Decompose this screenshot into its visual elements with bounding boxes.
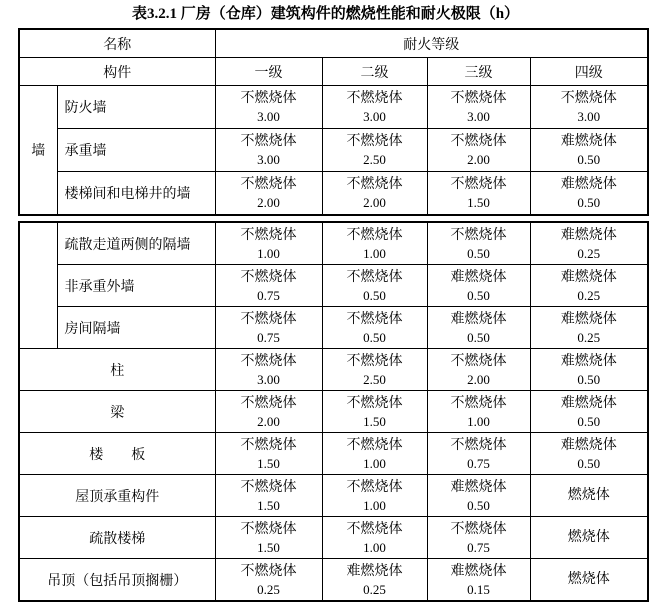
component-name-cell: 柱 bbox=[19, 349, 215, 391]
rating-cell: 难燃烧体0.50 bbox=[427, 307, 530, 349]
rating-cell: 不燃烧体1.00 bbox=[322, 433, 427, 475]
group-label-wall: 墙 bbox=[19, 86, 57, 216]
header-grade-4-cell: 四级 bbox=[530, 58, 648, 86]
table-row: 屋顶承重构件不燃烧体1.50不燃烧体1.00难燃烧体0.50燃烧体 bbox=[19, 475, 648, 517]
rating-cell: 不燃烧体0.75 bbox=[215, 307, 322, 349]
component-name-cell: 屋顶承重构件 bbox=[19, 475, 215, 517]
material-text: 难燃烧体 bbox=[531, 175, 648, 194]
material-text: 不燃烧体 bbox=[323, 436, 427, 455]
rating-cell: 不燃烧体2.00 bbox=[322, 172, 427, 216]
material-text: 不燃烧体 bbox=[323, 478, 427, 497]
header-row-1: 名称 耐火等级 bbox=[19, 29, 648, 58]
fire-limit-value: 0.50 bbox=[531, 455, 648, 472]
material-text: 不燃烧体 bbox=[216, 562, 322, 581]
material-text: 难燃烧体 bbox=[531, 352, 648, 371]
component-name-cell: 疏散走道两侧的隔墙 bbox=[57, 222, 215, 265]
document-page: 表3.2.1 厂房（仓库）建筑构件的燃烧性能和耐火极限（h） 名称 耐火等级 构… bbox=[0, 0, 651, 611]
material-text: 难燃烧体 bbox=[531, 436, 648, 455]
header-fire-rating-cell: 耐火等级 bbox=[215, 29, 648, 58]
rating-cell: 难燃烧体0.50 bbox=[427, 475, 530, 517]
material-text: 不燃烧体 bbox=[323, 352, 427, 371]
rating-cell: 不燃烧体0.50 bbox=[427, 222, 530, 265]
fire-limit-value: 1.00 bbox=[216, 245, 322, 262]
rating-cell: 不燃烧体2.50 bbox=[322, 349, 427, 391]
fire-limit-value: 1.50 bbox=[216, 455, 322, 472]
fire-limit-value: 3.00 bbox=[216, 108, 322, 125]
header-grade-3-cell: 三级 bbox=[427, 58, 530, 86]
rating-cell: 不燃烧体2.00 bbox=[427, 349, 530, 391]
fire-rating-table-upper: 名称 耐火等级 构件 一级 二级 三级 四级 墙防火墙不燃烧体3.00不燃烧体3… bbox=[18, 28, 649, 216]
fire-limit-value: 2.00 bbox=[216, 413, 322, 430]
rating-cell: 不燃烧体3.00 bbox=[215, 349, 322, 391]
fire-limit-value: 0.75 bbox=[428, 455, 530, 472]
rating-cell: 难燃烧体0.25 bbox=[322, 559, 427, 602]
material-text: 不燃烧体 bbox=[428, 394, 530, 413]
material-text: 不燃烧体 bbox=[216, 394, 322, 413]
material-text: 难燃烧体 bbox=[531, 310, 648, 329]
component-name-cell: 疏散楼梯 bbox=[19, 517, 215, 559]
fire-limit-value: 1.00 bbox=[323, 245, 427, 262]
material-text: 难燃烧体 bbox=[428, 562, 530, 581]
material-text: 不燃烧体 bbox=[428, 89, 530, 108]
fire-limit-value: 1.00 bbox=[323, 497, 427, 514]
material-text: 难燃烧体 bbox=[531, 132, 648, 151]
rating-cell: 难燃烧体0.50 bbox=[427, 265, 530, 307]
fire-limit-value: 0.50 bbox=[428, 329, 530, 346]
material-text: 难燃烧体 bbox=[428, 268, 530, 287]
fire-limit-value: 1.50 bbox=[323, 413, 427, 430]
fire-limit-value: 0.50 bbox=[428, 245, 530, 262]
component-name-cell: 楼梯间和电梯井的墙 bbox=[57, 172, 215, 216]
material-text: 不燃烧体 bbox=[428, 175, 530, 194]
fire-limit-value: 0.15 bbox=[428, 581, 530, 598]
rating-cell: 燃烧体 bbox=[530, 559, 648, 602]
fire-limit-value: 2.00 bbox=[216, 194, 322, 211]
component-name-cell: 吊顶（包括吊顶搁栅） bbox=[19, 559, 215, 602]
material-text: 不燃烧体 bbox=[323, 268, 427, 287]
table-row: 柱不燃烧体3.00不燃烧体2.50不燃烧体2.00难燃烧体0.50 bbox=[19, 349, 648, 391]
material-text: 不燃烧体 bbox=[216, 520, 322, 539]
header-grade-2-cell: 二级 bbox=[322, 58, 427, 86]
rating-cell: 不燃烧体1.00 bbox=[322, 222, 427, 265]
header-name-cell: 名称 bbox=[19, 29, 215, 58]
fire-limit-value: 1.00 bbox=[323, 455, 427, 472]
material-text: 不燃烧体 bbox=[428, 352, 530, 371]
material-text: 燃烧体 bbox=[531, 528, 648, 547]
table-row: 吊顶（包括吊顶搁栅）不燃烧体0.25难燃烧体0.25难燃烧体0.15燃烧体 bbox=[19, 559, 648, 602]
table-row: 房间隔墙不燃烧体0.75不燃烧体0.50难燃烧体0.50难燃烧体0.25 bbox=[19, 307, 648, 349]
rating-cell: 难燃烧体0.50 bbox=[530, 433, 648, 475]
header-row-2: 构件 一级 二级 三级 四级 bbox=[19, 58, 648, 86]
rating-cell: 不燃烧体0.50 bbox=[322, 307, 427, 349]
material-text: 不燃烧体 bbox=[323, 520, 427, 539]
rating-cell: 不燃烧体0.75 bbox=[427, 433, 530, 475]
material-text: 不燃烧体 bbox=[323, 175, 427, 194]
material-text: 难燃烧体 bbox=[428, 310, 530, 329]
rating-cell: 不燃烧体0.25 bbox=[215, 559, 322, 602]
material-text: 不燃烧体 bbox=[428, 226, 530, 245]
fire-limit-value: 0.25 bbox=[323, 581, 427, 598]
material-text: 难燃烧体 bbox=[531, 394, 648, 413]
rating-cell: 难燃烧体0.25 bbox=[530, 265, 648, 307]
fire-limit-value: 3.00 bbox=[216, 151, 322, 168]
rating-cell: 不燃烧体0.75 bbox=[427, 517, 530, 559]
fire-rating-table-lower: 疏散走道两侧的隔墙不燃烧体1.00不燃烧体1.00不燃烧体0.50难燃烧体0.2… bbox=[18, 221, 649, 602]
table-row: 疏散楼梯不燃烧体1.50不燃烧体1.00不燃烧体0.75燃烧体 bbox=[19, 517, 648, 559]
header-component-cell: 构件 bbox=[19, 58, 215, 86]
rating-cell: 不燃烧体1.00 bbox=[427, 391, 530, 433]
material-text: 燃烧体 bbox=[531, 486, 648, 505]
material-text: 不燃烧体 bbox=[323, 89, 427, 108]
fire-limit-value: 1.50 bbox=[216, 539, 322, 556]
fire-limit-value: 0.50 bbox=[531, 413, 648, 430]
component-name-cell: 梁 bbox=[19, 391, 215, 433]
material-text: 难燃烧体 bbox=[428, 478, 530, 497]
material-text: 不燃烧体 bbox=[216, 175, 322, 194]
material-text: 不燃烧体 bbox=[323, 132, 427, 151]
rating-cell: 难燃烧体0.25 bbox=[530, 307, 648, 349]
fire-limit-value: 1.00 bbox=[323, 539, 427, 556]
material-text: 不燃烧体 bbox=[216, 89, 322, 108]
material-text: 不燃烧体 bbox=[216, 310, 322, 329]
rating-cell: 不燃烧体1.00 bbox=[322, 475, 427, 517]
material-text: 不燃烧体 bbox=[216, 268, 322, 287]
group-label-empty bbox=[19, 222, 57, 349]
rating-cell: 不燃烧体1.50 bbox=[427, 172, 530, 216]
material-text: 不燃烧体 bbox=[216, 132, 322, 151]
material-text: 不燃烧体 bbox=[323, 394, 427, 413]
rating-cell: 不燃烧体0.75 bbox=[215, 265, 322, 307]
fire-limit-value: 0.75 bbox=[428, 539, 530, 556]
table-row: 承重墙不燃烧体3.00不燃烧体2.50不燃烧体2.00难燃烧体0.50 bbox=[19, 129, 648, 172]
rating-cell: 难燃烧体0.50 bbox=[530, 349, 648, 391]
table-row: 疏散走道两侧的隔墙不燃烧体1.00不燃烧体1.00不燃烧体0.50难燃烧体0.2… bbox=[19, 222, 648, 265]
component-name-cell: 房间隔墙 bbox=[57, 307, 215, 349]
table-row: 非承重外墙不燃烧体0.75不燃烧体0.50难燃烧体0.50难燃烧体0.25 bbox=[19, 265, 648, 307]
fire-limit-value: 1.00 bbox=[428, 413, 530, 430]
rating-cell: 难燃烧体0.15 bbox=[427, 559, 530, 602]
rating-cell: 不燃烧体0.50 bbox=[322, 265, 427, 307]
table-row: 梁不燃烧体2.00不燃烧体1.50不燃烧体1.00难燃烧体0.50 bbox=[19, 391, 648, 433]
rating-cell: 不燃烧体2.00 bbox=[215, 391, 322, 433]
rating-cell: 难燃烧体0.50 bbox=[530, 391, 648, 433]
material-text: 难燃烧体 bbox=[323, 562, 427, 581]
rating-cell: 燃烧体 bbox=[530, 517, 648, 559]
fire-limit-value: 0.50 bbox=[428, 497, 530, 514]
fire-limit-value: 2.00 bbox=[428, 151, 530, 168]
fire-limit-value: 3.00 bbox=[323, 108, 427, 125]
material-text: 不燃烧体 bbox=[216, 226, 322, 245]
rating-cell: 不燃烧体2.00 bbox=[215, 172, 322, 216]
rating-cell: 不燃烧体3.00 bbox=[530, 86, 648, 129]
fire-limit-value: 0.50 bbox=[531, 194, 648, 211]
material-text: 不燃烧体 bbox=[216, 478, 322, 497]
component-name-cell: 防火墙 bbox=[57, 86, 215, 129]
fire-limit-value: 0.25 bbox=[531, 287, 648, 304]
material-text: 不燃烧体 bbox=[428, 132, 530, 151]
material-text: 燃烧体 bbox=[531, 570, 648, 589]
rating-cell: 不燃烧体3.00 bbox=[215, 129, 322, 172]
rating-cell: 不燃烧体2.00 bbox=[427, 129, 530, 172]
table-row: 墙防火墙不燃烧体3.00不燃烧体3.00不燃烧体3.00不燃烧体3.00 bbox=[19, 86, 648, 129]
rating-cell: 难燃烧体0.50 bbox=[530, 172, 648, 216]
material-text: 难燃烧体 bbox=[531, 268, 648, 287]
fire-limit-value: 0.75 bbox=[216, 287, 322, 304]
rating-cell: 不燃烧体3.00 bbox=[215, 86, 322, 129]
rating-cell: 不燃烧体1.00 bbox=[322, 517, 427, 559]
rating-cell: 不燃烧体3.00 bbox=[427, 86, 530, 129]
material-text: 不燃烧体 bbox=[216, 352, 322, 371]
fire-limit-value: 0.25 bbox=[216, 581, 322, 598]
fire-limit-value: 0.50 bbox=[531, 371, 648, 388]
fire-limit-value: 0.25 bbox=[531, 245, 648, 262]
table-row: 楼梯间和电梯井的墙不燃烧体2.00不燃烧体2.00不燃烧体1.50难燃烧体0.5… bbox=[19, 172, 648, 216]
component-name-cell: 承重墙 bbox=[57, 129, 215, 172]
fire-limit-value: 0.50 bbox=[531, 151, 648, 168]
fire-limit-value: 2.00 bbox=[428, 371, 530, 388]
fire-limit-value: 1.50 bbox=[216, 497, 322, 514]
material-text: 不燃烧体 bbox=[428, 520, 530, 539]
rating-cell: 不燃烧体1.50 bbox=[215, 475, 322, 517]
rating-cell: 难燃烧体0.25 bbox=[530, 222, 648, 265]
fire-limit-value: 0.50 bbox=[323, 287, 427, 304]
rating-cell: 不燃烧体3.00 bbox=[322, 86, 427, 129]
fire-limit-value: 3.00 bbox=[428, 108, 530, 125]
table-caption: 表3.2.1 厂房（仓库）建筑构件的燃烧性能和耐火极限（h） bbox=[0, 4, 651, 24]
fire-limit-value: 3.00 bbox=[216, 371, 322, 388]
fire-limit-value: 2.50 bbox=[323, 371, 427, 388]
rating-cell: 不燃烧体2.50 bbox=[322, 129, 427, 172]
fire-limit-value: 0.75 bbox=[216, 329, 322, 346]
rating-cell: 燃烧体 bbox=[530, 475, 648, 517]
material-text: 不燃烧体 bbox=[323, 226, 427, 245]
rating-cell: 不燃烧体1.50 bbox=[215, 433, 322, 475]
material-text: 不燃烧体 bbox=[531, 89, 648, 108]
material-text: 不燃烧体 bbox=[323, 310, 427, 329]
component-name-cell: 非承重外墙 bbox=[57, 265, 215, 307]
fire-limit-value: 0.50 bbox=[323, 329, 427, 346]
header-grade-1-cell: 一级 bbox=[215, 58, 322, 86]
fire-limit-value: 3.00 bbox=[531, 108, 648, 125]
material-text: 不燃烧体 bbox=[428, 436, 530, 455]
fire-limit-value: 1.50 bbox=[428, 194, 530, 211]
rating-cell: 不燃烧体1.50 bbox=[215, 517, 322, 559]
fire-limit-value: 2.00 bbox=[323, 194, 427, 211]
rating-cell: 不燃烧体1.50 bbox=[322, 391, 427, 433]
fire-limit-value: 0.50 bbox=[428, 287, 530, 304]
table-row: 楼 板不燃烧体1.50不燃烧体1.00不燃烧体0.75难燃烧体0.50 bbox=[19, 433, 648, 475]
fire-limit-value: 2.50 bbox=[323, 151, 427, 168]
rating-cell: 难燃烧体0.50 bbox=[530, 129, 648, 172]
component-name-cell: 楼 板 bbox=[19, 433, 215, 475]
material-text: 难燃烧体 bbox=[531, 226, 648, 245]
rating-cell: 不燃烧体1.00 bbox=[215, 222, 322, 265]
material-text: 不燃烧体 bbox=[216, 436, 322, 455]
fire-limit-value: 0.25 bbox=[531, 329, 648, 346]
